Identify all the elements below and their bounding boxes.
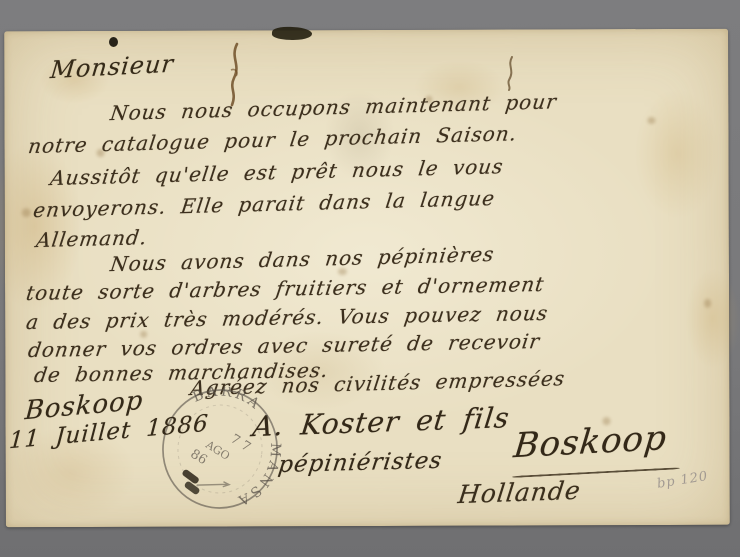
letter-line: Allemand.	[35, 225, 149, 252]
postmark-smudge-mark	[181, 469, 200, 485]
foxing-dot	[647, 117, 655, 124]
postmark-arrow-mark	[197, 478, 230, 489]
scan-background: Monsieur Nous nous occupons maintenant p…	[0, 0, 740, 557]
signature-country: Hollande	[456, 476, 582, 509]
stain-spot	[685, 269, 740, 369]
foxing-dot	[704, 299, 711, 308]
signature-place: Boskoop	[512, 418, 669, 466]
stain-spot	[634, 89, 719, 219]
postmark-stamp: BARRA MANSA 7 7 AGO 86	[158, 387, 282, 511]
signature-title: pépiniéristes	[277, 448, 444, 478]
foxing-dot	[22, 208, 31, 217]
